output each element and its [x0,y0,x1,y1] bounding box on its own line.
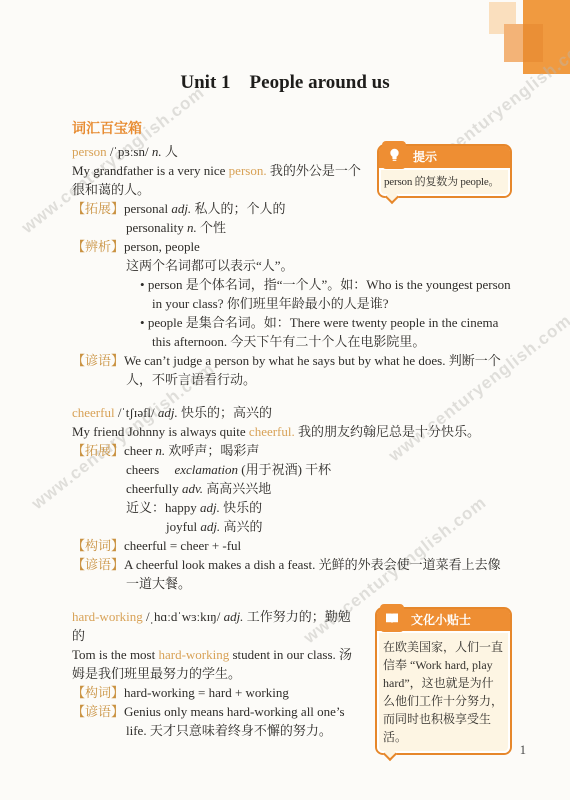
headword: cheerful [72,405,115,420]
lightbulb-icon [382,141,406,169]
meaning: 人 [165,144,178,159]
proverb-label: 【谚语】 [72,557,124,572]
bullet-icon: • [140,277,145,292]
example-sentence: My friend Johnny is always quite cheerfu… [72,422,512,441]
example-pre: My grandfather is a very nice [72,163,225,178]
headword-line: cheerful /ˈtʃɪəfl/ adj. 快乐的；高兴的 [72,403,512,422]
tip-box-body: person 的复数为 people。 [379,168,510,196]
analysis-row: 【辨析】person, people [72,237,512,256]
analysis-head: person, people [124,239,200,254]
textbook-page: www.centuryenglish.com www.centuryenglis… [0,0,570,800]
part-of-speech: n. [152,144,162,159]
headword: hard-working [72,609,143,624]
proverb-text: Genius only means hard-working all one’s… [124,704,345,738]
bullet-text: people 是集合名词。如：There were twenty people … [148,315,499,349]
proverb-label: 【谚语】 [72,353,124,368]
formation-label: 【构词】 [72,538,124,553]
example-keyword: person. [229,163,267,178]
expand-label: 【拓展】 [72,201,124,216]
analysis-bullet: • people 是集合名词。如：There were twenty peopl… [72,313,512,351]
part-of-speech: adj. [158,405,178,420]
synonym-row: joyful adj. 高兴的 [166,517,512,536]
entry-cheerful: cheerful /ˈtʃɪəfl/ adj. 快乐的；高兴的 My frien… [72,403,512,593]
expand-row: cheerfully adv. 高高兴兴地 [126,479,512,498]
headword: person [72,144,107,159]
expand-pos: adj. [171,201,191,216]
expand-row: cheers exclamation (用于祝酒) 干杯 [126,460,512,479]
unit-title: Unit 1 People around us [0,72,570,94]
proverb-row: 【谚语】A cheerful look makes a dish a feast… [72,555,512,593]
expand-row: 【拓展】cheer n. 欢呼声；喝彩声 [72,441,512,460]
expand-gloss: (用于祝酒) 干杯 [241,462,331,477]
phonetic: /ˈtʃɪəfl/ [118,405,155,420]
expand-gloss: 私人的；个人的 [194,201,285,216]
analysis-bullet: • person 是个体名词，指“一个人”。如：Who is the young… [72,275,512,313]
page-content: 词汇百宝箱 提示 person 的复数为 people。 person /ˈp [72,120,512,765]
section-heading: 词汇百宝箱 [72,120,512,136]
synonym-pos: adj. [200,500,220,515]
book-icon [380,604,404,632]
expand-label: 【拓展】 [72,443,124,458]
bullet-text: person 是个体名词，指“一个人”。如：Who is the younges… [148,277,511,311]
synonym-word: happy [165,500,197,515]
entry-hard-working: 文化小贴士 在欧美国家，人们一直信奉 “Work hard, play hard… [72,607,512,740]
bullet-icon: • [140,315,145,330]
formation-label: 【构词】 [72,685,124,700]
expand-word: personal [124,201,168,216]
corner-decoration-square-overlap [523,24,543,62]
expand-row: 【拓展】personal adj. 私人的；个人的 [72,199,512,218]
proverb-row: 【谚语】We can’t judge a person by what he s… [72,351,512,389]
expand-pos: n. [155,443,165,458]
expand-word: cheers [126,462,159,477]
analysis-intro: 这两个名词都可以表示“人”。 [126,256,512,275]
culture-tip-box: 文化小贴士 在欧美国家，人们一直信奉 “Work hard, play hard… [375,607,512,755]
phonetic: /ˈpɜːsn/ [110,144,149,159]
synonym-word: joyful [166,519,197,534]
phonetic: /ˌhɑːdˈwɜːkɪŋ/ [146,609,220,624]
synonym-label: 近义： [126,500,165,515]
expand-gloss: 个性 [200,220,226,235]
expand-pos: adv. [182,481,203,496]
entry-person: 提示 person 的复数为 people。 person /ˈpɜːsn/ n… [72,142,512,389]
formation-text: cheerful = cheer + -ful [124,538,241,553]
example-post: 我的朋友约翰尼总是十分快乐。 [298,424,480,439]
proverb-text: We can’t judge a person by what he says … [124,353,501,387]
proverb-text: A cheerful look makes a dish a feast. 光鲜… [124,557,501,591]
culture-box-body: 在欧美国家，人们一直信奉 “Work hard, play hard”，这也就是… [377,631,510,753]
formation-text: hard-working = hard + working [124,685,289,700]
expand-pos: n. [187,220,197,235]
tip-box: 提示 person 的复数为 people。 [377,144,512,198]
page-number: 1 [520,743,526,758]
expand-gloss: 欢呼声；喝彩声 [168,443,259,458]
formation-row: 【构词】cheerful = cheer + -ful [72,536,512,555]
expand-pos: exclamation [174,462,238,477]
expand-row: personality n. 个性 [126,218,512,237]
expand-word: cheer [124,443,152,458]
example-keyword: hard-working [158,647,229,662]
part-of-speech: adj. [224,609,244,624]
synonym-row: 近义：happy adj. 快乐的 [126,498,512,517]
synonym-pos: adj. [200,519,220,534]
synonym-gloss: 高兴的 [223,519,262,534]
example-pre: My friend Johnny is always quite [72,424,246,439]
analysis-label: 【辨析】 [72,239,124,254]
proverb-label: 【谚语】 [72,704,124,719]
example-keyword: cheerful. [249,424,295,439]
expand-word: personality [126,220,184,235]
expand-word: cheerfully [126,481,179,496]
expand-gloss: 高高兴兴地 [206,481,271,496]
example-pre: Tom is the most [72,647,155,662]
meaning: 快乐的；高兴的 [181,405,272,420]
synonym-gloss: 快乐的 [223,500,262,515]
